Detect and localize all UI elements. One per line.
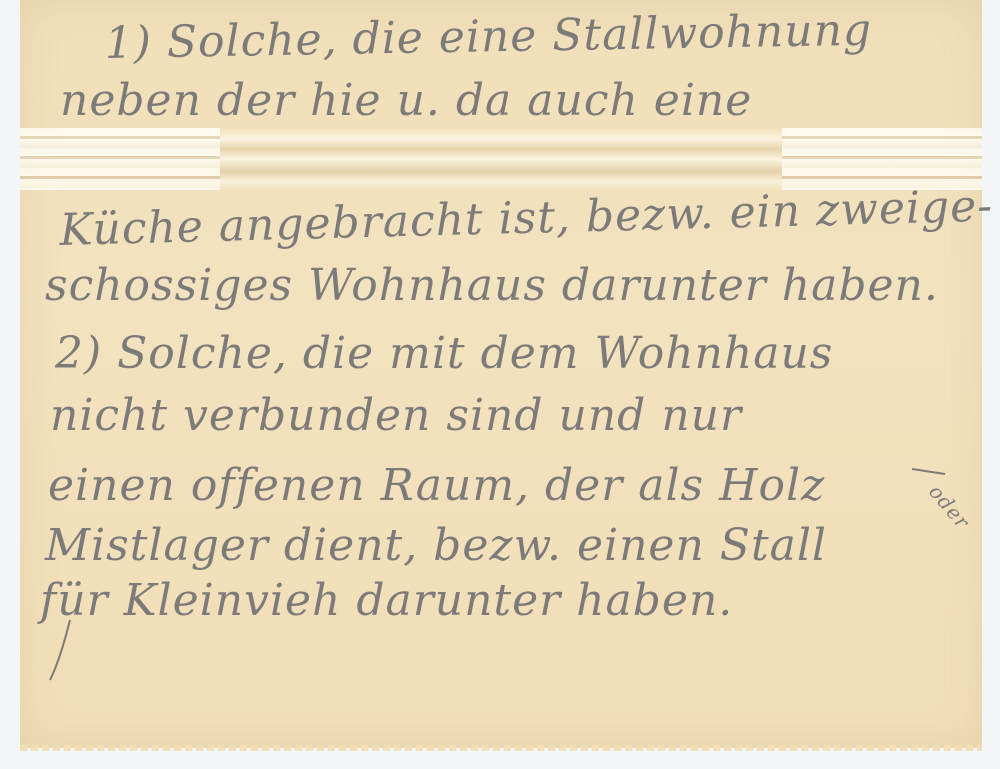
marginal-note: oder <box>924 480 975 534</box>
descender-stroke <box>50 620 70 680</box>
text-line-2: neben der hie u. da auch eine <box>60 75 752 126</box>
text-line-1: 1) Solche, die eine Stallwohnung <box>104 5 872 69</box>
text-line-7: einen offenen Raum, der als Holz <box>48 460 825 511</box>
text-line-4: schossiges Wohnhaus darunter haben. <box>45 260 939 311</box>
text-line-9: für Kleinvieh darunter haben. <box>37 575 733 626</box>
text-line-3: Küche angebracht ist, bezw. ein zweige- <box>58 181 994 256</box>
text-line-8: Mistlager dient, bezw. einen Stall <box>44 520 827 571</box>
text-line-6: nicht verbunden sind und nur <box>50 390 744 441</box>
text-line-5: 2) Solche, die mit dem Wohnhaus <box>54 328 833 379</box>
strikethrough-mark <box>912 469 945 474</box>
handwriting-layer: 1) Solche, die eine Stallwohnung neben d… <box>0 0 1000 769</box>
